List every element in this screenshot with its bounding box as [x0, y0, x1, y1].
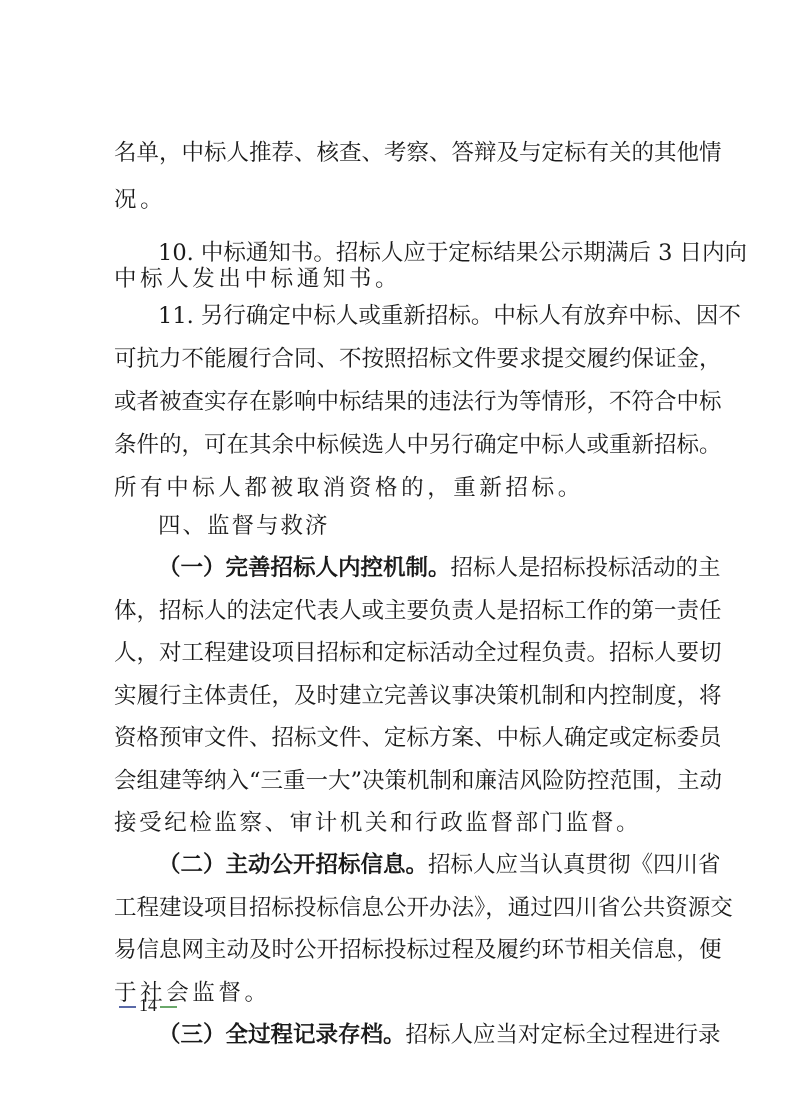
- text-line: 接受纪检监察、审计机关和行政监督部门监督。: [114, 808, 694, 838]
- text-line: 会组建等纳入“三重一大”决策机制和廉洁风险防控范围，主动: [114, 766, 694, 796]
- text-line: 可抗力不能履行合同、不按照招标文件要求提交履约保证金，: [114, 344, 694, 374]
- text-line: 所有中标人都被取消资格的，重新招标。: [114, 473, 694, 503]
- text-line: 名单，中标人推荐、核查、考察、答辩及与定标有关的其他情: [114, 138, 694, 168]
- paragraph-1-first-line: （一）完善招标人内控机制。招标人是招标投标活动的主: [158, 553, 694, 583]
- paragraph-1-title: （一）完善招标人内控机制。: [158, 555, 451, 581]
- paragraph-2-title: （二）主动公开招标信息。: [158, 852, 428, 878]
- paragraph-3-title: （三）全过程记录存档。: [158, 1022, 406, 1048]
- text-line: 易信息网主动及时公开招标投标过程及履约环节相关信息，便: [114, 935, 694, 965]
- text-line: 中标人发出中标通知书。: [114, 264, 694, 294]
- dash-left: [119, 1006, 136, 1008]
- dash-right: [160, 1006, 177, 1008]
- text-line: 资格预审文件、招标文件、定标方案、中标人确定或定标委员: [114, 723, 694, 753]
- paragraph-2-lead: 招标人应当认真贯彻《四川省: [428, 852, 721, 878]
- document-page: 名单，中标人推荐、核查、考察、答辩及与定标有关的其他情 况。 10. 中标通知书…: [0, 0, 796, 1119]
- page-number-text: 14: [139, 995, 157, 1015]
- paragraph-3-first-line: （三）全过程记录存档。招标人应当对定标全过程进行录: [158, 1020, 694, 1050]
- section-heading: 四、监督与救济: [158, 511, 694, 541]
- text-line: 人，对工程建设项目招标和定标活动全过程负责。招标人要切: [114, 638, 694, 668]
- text-line: 工程建设项目招标投标信息公开办法》，通过四川省公共资源交: [114, 893, 694, 923]
- text-line: 况。: [114, 185, 694, 215]
- page-number: 14: [116, 994, 180, 1016]
- paragraph-2-first-line: （二）主动公开招标信息。招标人应当认真贯彻《四川省: [158, 850, 694, 880]
- text-line: 体，招标人的法定代表人或主要负责人是招标工作的第一责任: [114, 596, 694, 626]
- text-line: 条件的，可在其余中标候选人中另行确定中标人或重新招标。: [114, 430, 694, 460]
- text-line: 实履行主体责任，及时建立完善议事决策机制和内控制度，将: [114, 681, 694, 711]
- text-line: 于社会监督。: [114, 978, 694, 1008]
- item-11-line: 11. 另行确定中标人或重新招标。中标人有放弃中标、因不: [158, 301, 694, 331]
- paragraph-1-lead: 招标人是招标投标活动的主: [451, 555, 721, 581]
- text-line: 或者被查实存在影响中标结果的违法行为等情形，不符合中标: [114, 387, 694, 417]
- paragraph-3-lead: 招标人应当对定标全过程进行录: [406, 1022, 721, 1048]
